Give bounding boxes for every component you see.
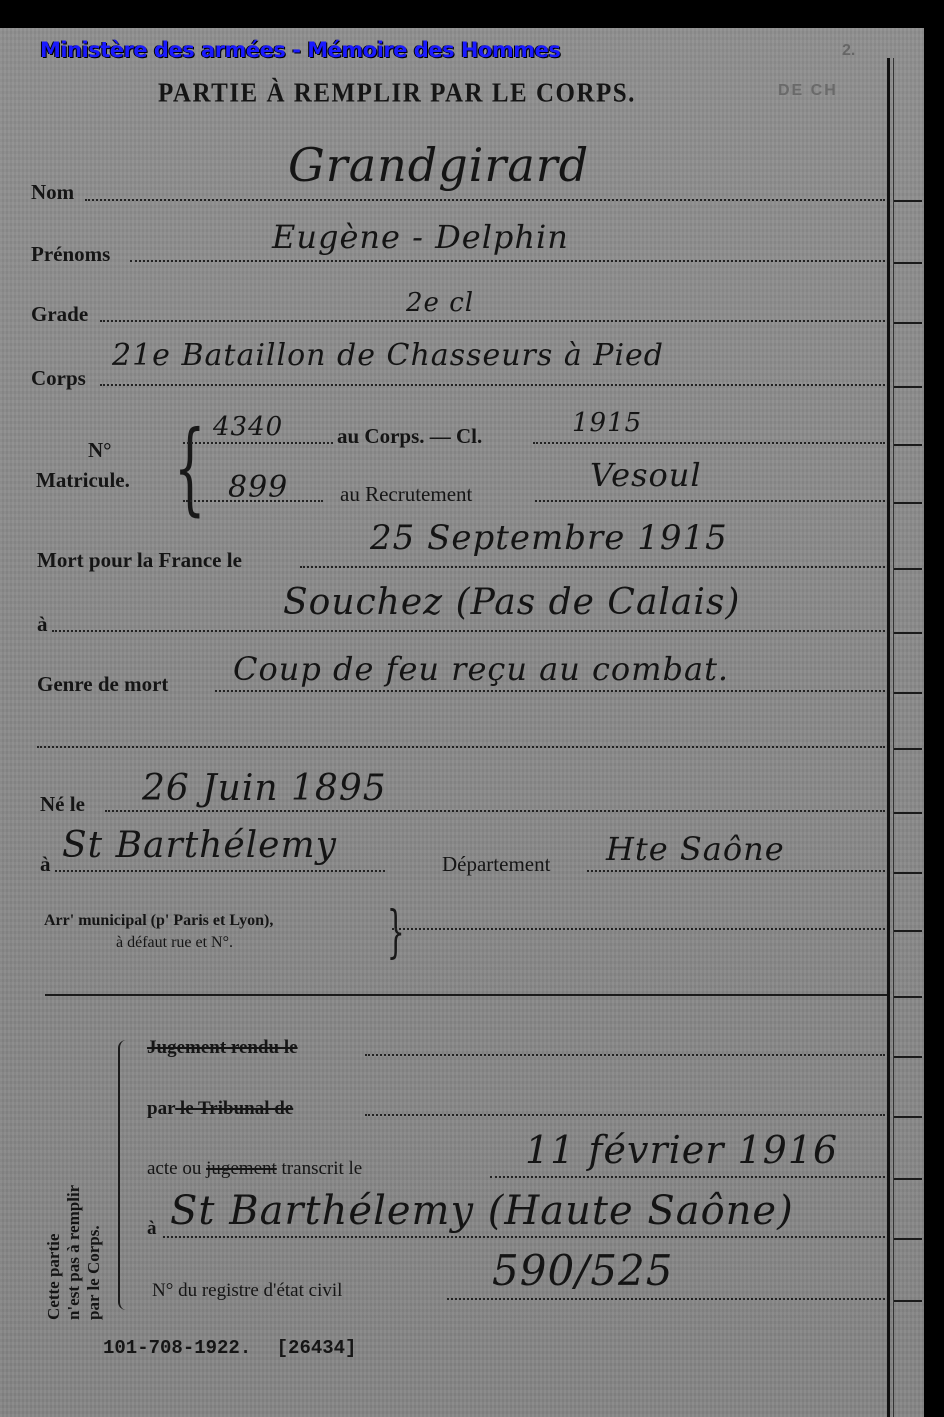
genre-mort-line [215,690,885,692]
transcrit-struck: jugement [206,1158,277,1179]
margin-tick [894,872,922,874]
mort-value: 25 Septembre 1915 [370,518,728,558]
side-note-line2: n'est pas à remplir [64,1185,84,1320]
margin-tick [894,930,922,932]
departement-line [587,870,885,872]
section-divider [45,994,887,996]
grade-line [100,320,885,322]
classe-value: 1915 [572,408,642,438]
tribunal-line [365,1114,885,1116]
transcrit-suffix: transcrit le [277,1158,362,1179]
arrondissement-line [392,928,885,930]
margin-tick [894,444,922,446]
side-note-line3: par le Corps. [84,1225,104,1320]
recrutement-label: au Recrutement [340,482,472,507]
mort-line [300,566,885,568]
departement-label: Département [442,852,550,877]
recrutement-line [535,500,885,502]
naissance-label: Né le [40,792,85,817]
lieu-naissance-value: St Barthélemy [62,825,337,866]
corps-number-value: 4340 [213,412,283,442]
tribunal-struck: le Tribunal de [175,1098,293,1119]
form-title: PARTIE À REMPLIR PAR LE CORPS. [158,79,636,110]
au-corps-label: au Corps. — Cl. [337,424,482,449]
classe-line [533,442,885,444]
corps-line [100,384,885,386]
transcrit-line [490,1176,885,1178]
lieu-naissance-line [55,870,385,872]
matricule-brace: { [174,418,206,518]
prenoms-label: Prénoms [31,242,110,267]
genre-mort-value: Coup de feu reçu au combat. [233,650,729,688]
corps-number-line [183,442,333,444]
prenoms-value: Eugène - Delphin [272,218,569,256]
print-reference: 101-708-1922. [26434] [103,1337,356,1359]
tribunal-label: par le Tribunal de [147,1098,293,1120]
margin-tick [894,1238,922,1240]
print-ref: 101-708-1922. [103,1337,251,1359]
margin-tick [894,200,922,202]
lieu-mort-line [52,630,885,632]
margin-tick [894,568,922,570]
margin-tick [894,1056,922,1058]
lieu-transcrit-line [163,1236,885,1238]
margin-tick [894,1116,922,1118]
matricule-label: Matricule. [36,468,130,493]
lieu-transcrit-value: St Barthélemy (Haute Saône) [170,1188,794,1234]
margin-fragment-top: 2. [842,42,855,60]
side-note-line1: Cette partie [44,1234,64,1320]
jugement-label: Jugement rendu le [147,1037,298,1059]
grade-label: Grade [31,302,88,327]
arrondissement-label-line1: Arr' municipal (p' Paris et Lyon), [44,912,273,930]
margin-fragment: DE CH [778,82,838,100]
matricule-label-no: N° [88,438,112,463]
margin-tick [894,1300,922,1302]
watermark: Ministère des armées - Mémoire des Homme… [40,38,560,62]
scan-border [924,0,944,1417]
departement-value: Hte Saône [606,830,785,868]
civil-section-brace [118,1040,126,1310]
transcrit-value: 11 février 1916 [525,1128,838,1172]
arrondissement-brace: } [387,905,405,961]
print-code: [26434] [277,1337,357,1359]
recrutement-value: Vesoul [590,456,702,494]
tribunal-prefix: par [147,1098,175,1119]
prenoms-line [130,260,885,262]
margin-rule [887,58,890,1417]
registre-label: N° du registre d'état civil [152,1280,342,1302]
margin-tick [894,1178,922,1180]
margin-tick [894,262,922,264]
nom-value: Grandgirard [288,138,589,192]
registre-value: 590/525 [492,1246,673,1295]
jugement-line [365,1054,885,1056]
margin-tick [894,812,922,814]
lieu-mort-value: Souchez (Pas de Calais) [283,582,740,623]
lieu-transcrit-label: à [147,1218,157,1240]
blank-line [37,746,885,748]
corps-label: Corps [31,366,86,391]
margin-tick [894,692,922,694]
nom-label: Nom [31,180,74,205]
genre-mort-label: Genre de mort [37,672,168,697]
mort-label: Mort pour la France le [37,548,242,573]
margin-tick [894,996,922,998]
margin-tick [894,322,922,324]
transcrit-prefix: acte ou [147,1158,206,1179]
registre-line [447,1298,885,1300]
naissance-value: 26 Juin 1895 [142,768,387,809]
arrondissement-label-line2: à défaut rue et N°. [116,934,233,952]
corps-value: 21e Bataillon de Chasseurs à Pied [112,338,664,373]
transcrit-label: acte ou jugement transcrit le [147,1158,362,1180]
margin-tick [894,748,922,750]
margin-tick [894,632,922,634]
grade-value: 2e cl [406,288,474,318]
naissance-line [105,810,885,812]
margin-tick [894,502,922,504]
lieu-naissance-label: à [40,852,51,877]
lieu-mort-label: à [37,612,48,637]
margin-tick [894,386,922,388]
nom-line [85,199,885,201]
recrutement-number-value: 899 [228,470,288,505]
